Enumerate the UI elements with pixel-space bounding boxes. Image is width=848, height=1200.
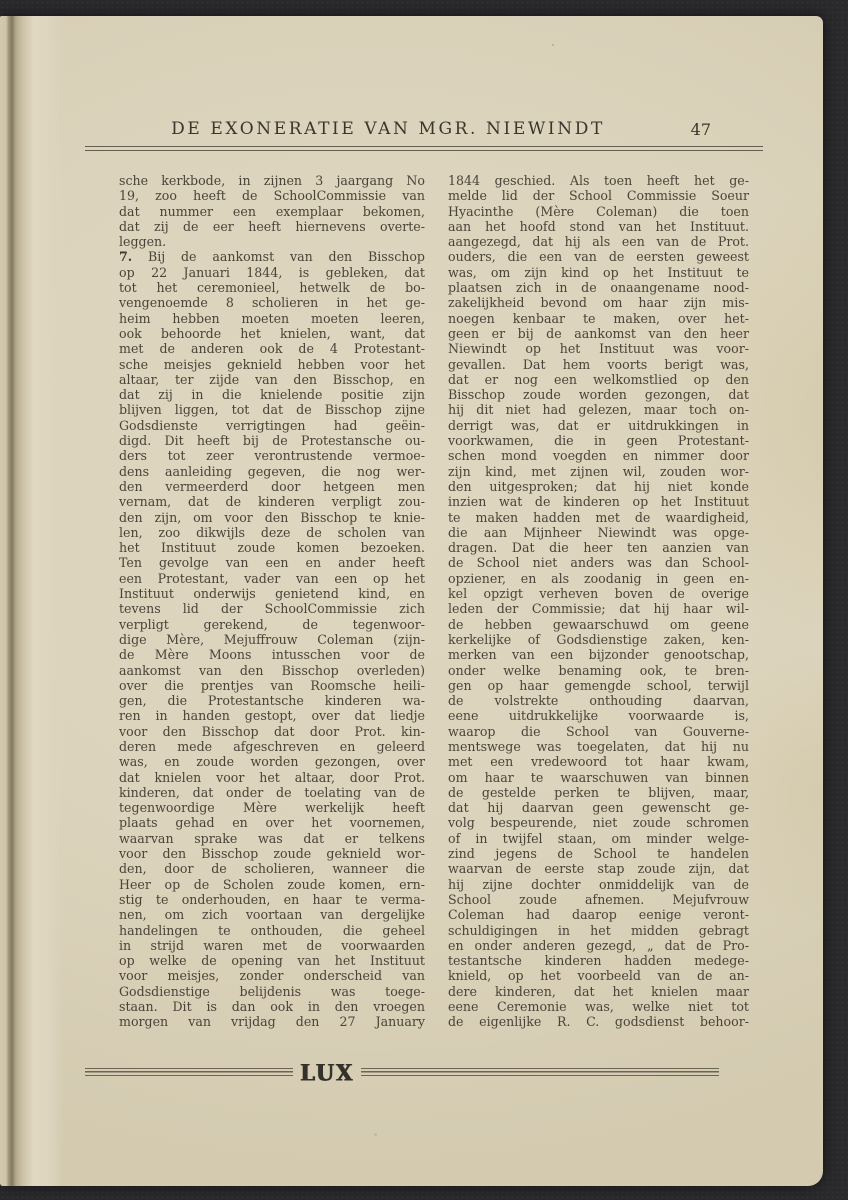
text-line: gen, die Protestantsche kinderen wa-	[119, 693, 425, 708]
text-line: den vermeerderd door hetgeen men	[119, 479, 425, 494]
text-line: ren in handen gestopt, over dat liedje	[119, 708, 425, 723]
text-line: Hyacinthe (Mère Coleman) die toen	[448, 204, 749, 219]
text-line: len, zoo dikwijls deze de scholen van	[119, 525, 425, 540]
text-line: gevallen. Dat hem voorts berigt was,	[448, 357, 749, 372]
text-line: dere kinderen, dat het knielen maar	[448, 984, 749, 999]
footer-rule-left	[85, 1068, 293, 1076]
text-line: of in twijfel staan, om minder welge-	[448, 831, 749, 846]
text-line: de volstrekte onthouding daarvan,	[448, 693, 749, 708]
text-line: zakelijkheid bevond om haar zijn mis-	[448, 295, 749, 310]
text-line: morgen van vrijdag den 27 January	[119, 1014, 425, 1029]
footer-rule-right	[361, 1068, 719, 1076]
text-line: den, door de scholieren, wanneer die	[119, 861, 425, 876]
text-line: dat hij daarvan geen gewenscht ge-	[448, 800, 749, 815]
text-line: schuldigingen in het midden gebragt	[448, 923, 749, 938]
text-line: Ten gevolge van een en ander heeft	[119, 555, 425, 570]
text-line: waarvan sprake was dat er telkens	[119, 831, 425, 846]
text-line: aan het hoofd stond van het Instituut.	[448, 219, 749, 234]
text-line: om haar te waarschuwen van binnen	[448, 770, 749, 785]
text-line: stig te onderhouden, en haar te verma-	[119, 892, 425, 907]
text-line: met de anderen ook de 4 Protestant-	[119, 341, 425, 356]
paper-speck	[374, 1133, 377, 1136]
text-line: leggen.	[119, 234, 425, 249]
text-line: geen er bij de aankomst van den heer	[448, 326, 749, 341]
text-line: vernam, dat de kinderen verpligt zou-	[119, 494, 425, 509]
text-line: die aan Mijnheer Niewindt was opge-	[448, 525, 749, 540]
text-line: heim hebben moeten moeten leeren,	[119, 311, 425, 326]
text-line: Heer op de Scholen zoude komen, ern-	[119, 877, 425, 892]
text-line: noegen kenbaar te maken, over het-	[448, 311, 749, 326]
text-line: kinderen, dat onder de toelating van de	[119, 785, 425, 800]
text-line: zind jegens de School te handelen	[448, 846, 749, 861]
text-line: te maken hadden met de waardigheid,	[448, 510, 749, 525]
text-line: Instituut onderwijs genietend kind, en	[119, 586, 425, 601]
header-divider-rule	[85, 146, 763, 151]
text-column-right: 1844 geschied. Als toen heeft het ge-mel…	[448, 173, 749, 1030]
text-line: was, en zoude worden gezongen, over	[119, 754, 425, 769]
text-line: de School niet anders was dan School-	[448, 555, 749, 570]
text-line: met een vredewoord tot haar kwam,	[448, 754, 749, 769]
text-line: tegenwoordige Mère werkelijk heeft	[119, 800, 425, 815]
text-line: leden der Commissie; dat hij haar wil-	[448, 601, 749, 616]
text-line: de eigenlijke R. C. godsdienst behoor-	[448, 1014, 749, 1029]
text-line: en onder anderen gezegd, „ dat de Pro-	[448, 938, 749, 953]
text-line: ook behoorde het knielen, want, dat	[119, 326, 425, 341]
text-line: 19, zoo heeft de SchoolCommissie van	[119, 188, 425, 203]
text-line: hij zijne dochter onmiddelijk van de	[448, 877, 749, 892]
text-line: vengenoemde 8 scholieren in het ge-	[119, 295, 425, 310]
text-line: aankomst van den Bisschop overleden)	[119, 663, 425, 678]
page-number: 47	[691, 120, 711, 139]
text-line: 7. Bij de aankomst van den Bisschop	[119, 249, 425, 264]
text-line: sche kerkbode, in zijnen 3 jaargang No	[119, 173, 425, 188]
text-line: Coleman had daarop eenige veront-	[448, 907, 749, 922]
text-line: de gestelde perken te blijven, maar,	[448, 785, 749, 800]
text-line: melde lid der School Commissie Soeur	[448, 188, 749, 203]
text-line: zijn kind, met zijnen wil, zouden wor-	[448, 464, 749, 479]
text-line: dat zij in die knielende positie zijn	[119, 387, 425, 402]
text-line: voor den Bisschop dat door Prot. kin-	[119, 724, 425, 739]
text-line: de hebben gewaarschuwd om geene	[448, 617, 749, 632]
text-line: dat knielen voor het altaar, door Prot.	[119, 770, 425, 785]
text-line: staan. Dit is dan ook in den vroegen	[119, 999, 425, 1014]
text-line: eene Ceremonie was, welke niet tot	[448, 999, 749, 1014]
text-line: ders tot zeer verontrustende vermoe-	[119, 448, 425, 463]
text-line: op welke de opening van het Instituut	[119, 953, 425, 968]
document-page: DE EXONERATIE VAN MGR. NIEWINDT 47 sche …	[0, 16, 823, 1186]
book-spine-edge	[0, 16, 64, 1186]
text-line: hij dit niet had gelezen, maar toch on-	[448, 402, 749, 417]
text-line: Godsdienste verrigtingen had geëin-	[119, 418, 425, 433]
text-line: den zijn, om voor den Bisschop te knie-	[119, 510, 425, 525]
text-line: schen mond voegden en nimmer door	[448, 448, 749, 463]
text-line: derrigt was, dat er uitdrukkingen in	[448, 418, 749, 433]
text-line: tevens lid der SchoolCommissie zich	[119, 601, 425, 616]
text-line: de Mère Moons intusschen voor de	[119, 647, 425, 662]
footer-logo-row: LUX	[85, 1060, 719, 1084]
text-line: het Instituut zoude komen bezoeken.	[119, 540, 425, 555]
text-line: inzien wat de kinderen op het Instituut	[448, 494, 749, 509]
text-line: dat nummer een exemplaar bekomen,	[119, 204, 425, 219]
text-line: dens aanleiding gegeven, die nog wer-	[119, 464, 425, 479]
text-line: deren mede afgeschreven en geleerd	[119, 739, 425, 754]
page-title: DE EXONERATIE VAN MGR. NIEWINDT	[171, 119, 677, 139]
text-line: ouders, die een van de eersten geweest	[448, 249, 749, 264]
text-line: nen, om zich voortaan van dergelijke	[119, 907, 425, 922]
text-line: tot het ceremonieel, hetwelk de bo-	[119, 280, 425, 295]
text-line: knield, op het voorbeeld van de an-	[448, 968, 749, 983]
text-line: School zoude afnemen. Mejufvrouw	[448, 892, 749, 907]
text-line: aangezegd, dat hij als een van de Prot.	[448, 234, 749, 249]
text-line: was, om zijn kind op het Instituut te	[448, 265, 749, 280]
text-line: in strijd waren met de voorwaarden	[119, 938, 425, 953]
text-line: sche meisjes geknield hebben voor het	[119, 357, 425, 372]
text-line: gen op haar gemengde school, terwijl	[448, 678, 749, 693]
lux-logo: LUX	[300, 1061, 354, 1083]
text-line: kerkelijke of Godsdienstige zaken, ken-	[448, 632, 749, 647]
page-header: DE EXONERATIE VAN MGR. NIEWINDT 47	[85, 119, 763, 141]
text-line: handelingen te onthouden, die geheel	[119, 923, 425, 938]
text-line: Niewindt op het Instituut was voor-	[448, 341, 749, 356]
text-line: verpligt gerekend, de tegenwoor-	[119, 617, 425, 632]
text-line: voor meisjes, zonder onderscheid van	[119, 968, 425, 983]
text-line: opziener, en als zoodanig in geen en-	[448, 571, 749, 586]
text-line: den uitgesproken; dat hij niet konde	[448, 479, 749, 494]
text-line: 1844 geschied. Als toen heeft het ge-	[448, 173, 749, 188]
text-line: waarvan de eerste stap zoude zijn, dat	[448, 861, 749, 876]
text-line: Godsdienstige belijdenis was toege-	[119, 984, 425, 999]
text-line: eene uitdrukkelijke voorwaarde is,	[448, 708, 749, 723]
text-line: plaatsen zich in de onaangename nood-	[448, 280, 749, 295]
text-line: een Protestant, vader van een op het	[119, 571, 425, 586]
text-line: voor den Bisschop zoude geknield wor-	[119, 846, 425, 861]
text-line: plaats gehad en over het voornemen,	[119, 815, 425, 830]
paper-speck	[552, 44, 554, 46]
text-line: mentswege was toegelaten, dat hij nu	[448, 739, 749, 754]
text-line: altaar, ter zijde van den Bisschop, en	[119, 372, 425, 387]
text-line: kel opzigt verheven boven de overige	[448, 586, 749, 601]
text-line: op 22 Januari 1844, is gebleken, dat	[119, 265, 425, 280]
text-line: digd. Dit heeft bij de Protestansche ou-	[119, 433, 425, 448]
text-line: merken van een bijzonder genootschap,	[448, 647, 749, 662]
text-line: volg bespeurende, niet zoude schromen	[448, 815, 749, 830]
text-line: dige Mère, Mejuffrouw Coleman (zijn-	[119, 632, 425, 647]
text-line: dragen. Dat die heer ten aanzien van	[448, 540, 749, 555]
text-line: onder welke benaming ook, te bren-	[448, 663, 749, 678]
text-column-left: sche kerkbode, in zijnen 3 jaargang No19…	[119, 173, 425, 1030]
text-line: dat zij de eer heeft hiernevens overte-	[119, 219, 425, 234]
text-line: waarop die School van Gouverne-	[448, 724, 749, 739]
scan-background: DE EXONERATIE VAN MGR. NIEWINDT 47 sche …	[0, 0, 848, 1200]
text-line: Bisschop zoude worden gezongen, dat	[448, 387, 749, 402]
text-line: voorkwamen, die in geen Protestant-	[448, 433, 749, 448]
text-line: testantsche kinderen hadden medege-	[448, 953, 749, 968]
text-line: dat er nog een welkomstlied op den	[448, 372, 749, 387]
text-line: blijven liggen, tot dat de Bisschop zijn…	[119, 402, 425, 417]
text-line: over die prentjes van Roomsche heili-	[119, 678, 425, 693]
